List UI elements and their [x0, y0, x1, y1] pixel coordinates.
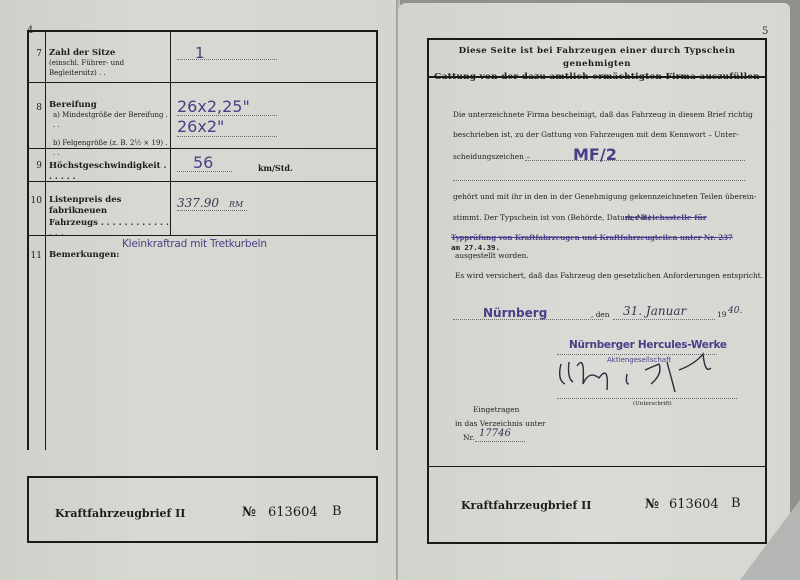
speed-unit: km/Std.	[258, 163, 293, 173]
footer-title: Kraftfahrzeugbrief II	[461, 499, 591, 512]
brief-number: 613604	[268, 505, 318, 520]
place-value: Nürnberg	[483, 306, 547, 320]
row-number: 8	[29, 83, 46, 148]
registry-nr-value: 17746	[479, 428, 511, 439]
row-number: 7	[29, 32, 46, 82]
brief-number: 613604	[669, 497, 719, 512]
row-list-price: 10 Listenpreis des fabrikneuen Fahrzeugs…	[29, 182, 376, 236]
row-remarks: 11 Bemerkungen: Kleinkraftrad mit Tretku…	[27, 236, 378, 450]
footer-title: Kraftfahrzeugbrief II	[55, 507, 185, 520]
year-suffix: 40.	[728, 306, 742, 316]
registry-line: Eingetragen	[473, 405, 519, 414]
certification-text: Die unterzeichnete Firma bescheinigt, da…	[453, 110, 753, 119]
registry-line: in das Verzeichnis unter	[455, 419, 546, 428]
left-page: 4 7 Zahl der Sitze (einschl. Führer- und…	[0, 0, 397, 580]
list-price-value: 337.90	[177, 196, 219, 210]
row-label: Zahl der Sitze (einschl. Führer- und Beg…	[49, 32, 169, 82]
tire-size-value: 26x2,25"	[177, 97, 250, 116]
row-number: 10	[29, 182, 46, 235]
certification-text: beschrieben ist, zu der Gattung von Fahr…	[453, 130, 739, 139]
row-number: 9	[29, 149, 46, 181]
value-cell: 1	[170, 32, 376, 82]
currency-unit: RM	[229, 200, 243, 209]
den-label: , den	[591, 310, 610, 319]
manufacturer-certification-form: Diese Seite ist bei Fahrzeugen einer dur…	[427, 38, 767, 544]
kennwort-value: MF/2	[573, 145, 617, 164]
brief-series: B	[731, 496, 741, 511]
typschein-authority-stamp: der Reichsstelle für	[625, 213, 707, 222]
value-cell: 26x2,25" 26x2"	[170, 83, 376, 148]
year-prefix: 19	[717, 310, 726, 319]
signature	[555, 344, 735, 400]
row-label: Höchstgeschwindigkeit . . . . . .	[49, 149, 169, 181]
certification-text: gehört und mit ihr in den in der Genehmi…	[453, 192, 756, 201]
seats-value: 1	[195, 44, 205, 62]
signature-label: (Unterschrift)	[633, 401, 672, 407]
typschein-authority-stamp: Typprüfung von Kraftfahrzeugen und Kraft…	[451, 233, 733, 242]
rim-size-value: 26x2"	[177, 117, 224, 136]
row-seats: 7 Zahl der Sitze (einschl. Führer- und B…	[29, 32, 376, 83]
date-value: 31. Januar	[623, 304, 686, 318]
value-cell: 56 km/Std.	[170, 149, 376, 181]
row-label: Listenpreis des fabrikneuen Fahrzeugs . …	[49, 182, 169, 235]
number-sign: №	[645, 497, 659, 512]
brief-series: B	[332, 504, 342, 519]
page-number: 5	[762, 26, 768, 37]
form-header: Diese Seite ist bei Fahrzeugen einer dur…	[429, 40, 765, 78]
row-number: 11	[29, 236, 45, 261]
certification-text: scheidungszeichen –	[453, 152, 530, 161]
row-tires: 8 Bereifung a) Mindestgröße der Bereifun…	[29, 83, 376, 149]
certification-text: Es wird versichert, daß das Fahrzeug den…	[455, 271, 763, 280]
value-cell: 337.90 RM	[170, 182, 376, 235]
certification-text: stimmt. Der Typschein ist von (Behörde, …	[453, 213, 651, 222]
row-label: Bereifung a) Mindestgröße der Bereifung …	[49, 83, 169, 148]
row-max-speed: 9 Höchstgeschwindigkeit . . . . . . 56 k…	[29, 149, 376, 182]
number-sign: №	[242, 505, 256, 520]
certification-text: ausgestellt worden.	[455, 251, 529, 260]
remarks-value: Kleinkraftrad mit Tretkurbeln	[122, 238, 267, 250]
registry-nr-label: Nr.	[463, 433, 475, 442]
left-footer: Kraftfahrzeugbrief II № 613604 B	[27, 477, 378, 543]
remarks-label: Bemerkungen:	[49, 250, 119, 260]
max-speed-value: 56	[193, 153, 213, 172]
